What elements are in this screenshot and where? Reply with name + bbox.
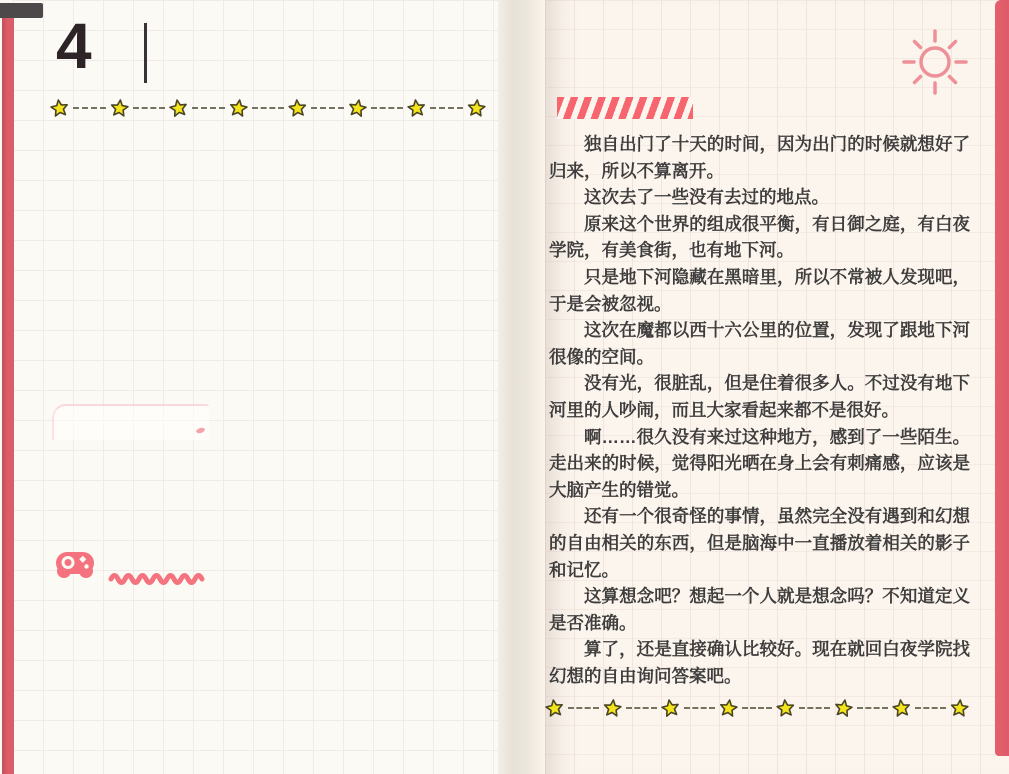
star-icon	[49, 97, 70, 118]
dash-line	[857, 707, 888, 709]
star-icon	[109, 98, 130, 119]
diary-paragraph: 原来这个世界的组成很平衡，有日御之庭，有白夜学院，有美食街，也有地下河。	[549, 211, 970, 264]
star-icon	[659, 697, 681, 719]
star-icon	[544, 697, 565, 718]
dash-line	[371, 107, 404, 109]
diary-paragraph: 独自出门了十天的时间，因为出门的时候就想好了归来，所以不算离开。	[549, 131, 970, 184]
star-icon	[346, 97, 368, 119]
dash-line	[252, 107, 285, 109]
right-edge-ribbon	[995, 0, 1009, 756]
star-icon	[602, 698, 623, 719]
dash-line	[742, 707, 773, 709]
star-icon	[228, 97, 249, 118]
text-cursor	[144, 23, 147, 83]
dash-line	[799, 707, 830, 709]
star-icon	[833, 697, 855, 719]
diary-paragraph: 这次在魔都以西十六公里的位置，发现了跟地下河很像的空间。	[549, 317, 970, 370]
diary-paragraph: 还有一个很奇怪的事情，虽然完全没有遇到和幻想的自由相关的东西，但是脑海中一直播放…	[549, 503, 970, 583]
sun-icon	[897, 24, 973, 105]
faded-sticker-ghost	[52, 404, 209, 440]
chapter-number-input[interactable]: 4	[56, 14, 94, 78]
diary-text-area[interactable]: 独自出门了十天的时间，因为出门的时候就想好了归来，所以不算离开。这次去了一些没有…	[549, 131, 970, 689]
star-divider-top	[50, 98, 486, 118]
dash-line	[311, 107, 344, 109]
dash-line	[192, 107, 225, 109]
diary-paragraph: 没有光，很脏乱，但是住着很多人。不过没有地下河里的人吵闹，而且大家看起来都不是很…	[549, 370, 970, 423]
diary-paragraph: 啊……很久没有来过这种地方，感到了一些陌生。走出来的时候，觉得阳光晒在身上会有刺…	[549, 424, 970, 504]
star-icon	[168, 97, 190, 119]
dash-line	[568, 707, 599, 709]
star-icon	[717, 697, 738, 718]
squiggle-line-icon	[108, 569, 206, 590]
dash-line	[133, 107, 166, 109]
star-icon	[776, 698, 797, 719]
dash-line	[684, 707, 715, 709]
dash-line	[626, 707, 657, 709]
game-controller-icon	[55, 547, 95, 586]
star-divider-bottom	[545, 698, 969, 718]
star-icon	[466, 98, 487, 119]
diary-paragraph: 算了，还是直接确认比较好。现在就回白夜学院找幻想的自由询问答案吧。	[549, 636, 970, 689]
star-icon	[406, 97, 427, 118]
star-icon	[891, 697, 912, 718]
diary-paragraph: 这算想念吧？想起一个人就是想念吗？不知道定义是否准确。	[549, 583, 970, 636]
hatch-stripes-decoration	[557, 97, 693, 119]
left-edge-ribbon	[2, 10, 14, 774]
dash-line	[430, 107, 463, 109]
diary-paragraph: 只是地下河隐藏在黑暗里，所以不常被人发现吧，于是会被忽视。	[549, 264, 970, 317]
diary-paragraph: 这次去了一些没有去过的地点。	[549, 184, 970, 211]
star-icon	[288, 98, 309, 119]
dash-line	[915, 707, 946, 709]
star-icon	[949, 698, 970, 719]
dash-line	[73, 107, 106, 109]
corner-tab	[0, 3, 43, 18]
book-spine	[498, 0, 545, 774]
